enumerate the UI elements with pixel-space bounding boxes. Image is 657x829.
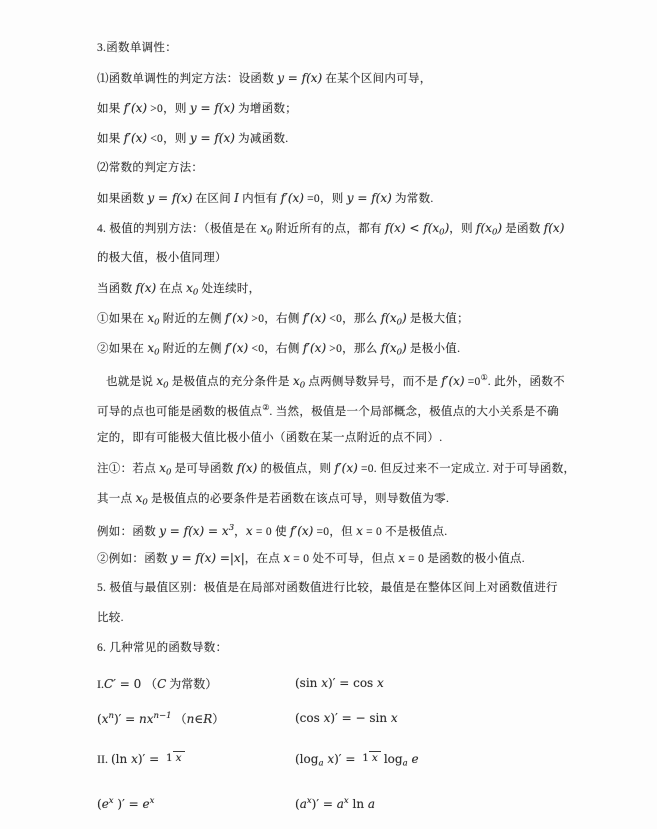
text-run: 的极值点，则 (257, 463, 334, 475)
math-italic-run: f(x) (544, 221, 565, 235)
math-italic-run: C (157, 677, 166, 691)
text-run: 是极小值. (407, 343, 461, 355)
text-run: =0，但 (313, 526, 356, 538)
text-run: ②例如：函数 (97, 553, 171, 565)
text-run: 附近的左侧 (160, 343, 225, 355)
superscript: x (150, 796, 155, 806)
text-line: 6. 几种常见的函数导数： (97, 633, 657, 663)
text-run: 附近所有的点，都有 (272, 223, 385, 235)
note-superscript: ① (481, 373, 488, 382)
text-run: >0，右侧 (248, 313, 303, 325)
text-run: 为减函数. (235, 133, 289, 145)
math-italic-run: x (293, 374, 300, 388)
math-roman-run: )′ = (114, 797, 143, 811)
math-roman-run: = 0 (116, 677, 145, 691)
formula-left: (xn)′ = nxn−1 （n∈R） (97, 710, 295, 727)
text-run: ①如果在 (97, 313, 147, 325)
fraction-numerator: 1 (166, 752, 173, 764)
text-line: 比较. (97, 603, 657, 633)
math-roman-run: (sin (295, 676, 321, 690)
math-italic-run: x (377, 676, 384, 690)
text-run: ，在点 (245, 553, 284, 565)
subscript: a (403, 758, 408, 768)
formula-left: I.C′ = 0 （C 为常数） (97, 675, 295, 692)
math-italic-run: y = f(x) (147, 191, 192, 205)
formula-row: II. (ln x)′ = 1x(loga x)′ = 1xloga e (97, 736, 657, 784)
math-italic-run: f′(x) (124, 101, 147, 115)
math-italic-run: y = f(x) (347, 191, 392, 205)
math-italic-run: f(x (381, 311, 397, 325)
math-italic-run: y = f(x) =|x| (171, 551, 245, 565)
math-italic-run: x (186, 281, 193, 295)
math-italic-run: x (131, 753, 138, 767)
text-line: 其一点 x0 是极值点的必要条件是若函数在该点可导，则导数值为零. (97, 483, 657, 513)
math-roman-run: )′ = (312, 797, 337, 811)
math-italic-run: C′ (104, 677, 116, 691)
fraction-denominator: x (173, 751, 185, 764)
math-italic-run: nx (139, 712, 154, 726)
text-run: 是函数 (502, 223, 544, 235)
text-line: ⑵常数的判定方法： (97, 153, 657, 183)
text-run: ②如果在 (97, 343, 147, 355)
text-run: . 当然，极值是一个局部概念，极值点的大小关系是不确 (269, 406, 559, 418)
math-italic-run: f′(x) (303, 341, 326, 355)
text-run: 注①：若点 (97, 463, 159, 475)
text-run: = 0 是函数的极小值点. (405, 553, 525, 565)
text-run: ，则 (449, 223, 476, 235)
formula-left: (ex )′ = ex (97, 796, 295, 811)
text-run: 是极大值； (407, 313, 469, 325)
math-roman-run: )′ = (334, 752, 359, 766)
text-line: 5. 极值与最值区别：极值是在局部对函数值进行比较，最值是在整体区间上对函数值进… (97, 573, 657, 603)
text-run: =0 (465, 376, 481, 388)
math-roman-run: (ln (111, 753, 131, 767)
text-line: 如果 f′(x) >0，则 y = f(x) 为增函数； (97, 93, 657, 123)
math-roman-run: (cos (295, 711, 324, 725)
text-run: ） (212, 712, 224, 726)
math-italic-run: f′(x) (225, 341, 248, 355)
text-run: 在区间 (192, 193, 234, 205)
text-line: 的极大值，极小值同理） (97, 243, 657, 273)
text-run: 内恒有 (239, 193, 281, 205)
math-italic-run: y = f(x) = x (159, 524, 229, 538)
text-run: 比较. (97, 612, 124, 624)
text-run: ， (234, 526, 246, 538)
text-line: 如果 f′(x) <0，则 y = f(x) 为减函数. (97, 123, 657, 153)
text-run: >0，那么 (326, 343, 381, 355)
document-body: 3.函数单调性：⑴函数单调性的判定方法：设函数 y = f(x) 在某个区间内可… (0, 0, 657, 822)
text-line: 3.函数单调性： (97, 33, 657, 63)
math-roman-run: )′ = (114, 712, 139, 726)
math-italic-run: x (398, 551, 405, 565)
text-run: =0. 但反过来不一定成立. 对于可导函数， (358, 463, 576, 475)
text-line: ②如果在 x0 附近的左侧 f′(x) <0，右侧 f′(x) >0，那么 f(… (97, 333, 657, 363)
subscript: a (318, 758, 323, 768)
formula-right: (loga x)′ = 1xloga e (295, 752, 419, 769)
text-run: 的极大值，极小值同理） (97, 252, 227, 264)
text-run: （ (145, 677, 157, 691)
text-run: 6. 几种常见的函数导数： (97, 642, 227, 654)
text-run: 例如：函数 (97, 526, 159, 538)
text-run: . 此外，函数不 (488, 376, 565, 388)
math-roman-run: (log (295, 752, 318, 766)
math-italic-run: f′(x) (124, 131, 147, 145)
text-run: = 0 使 (253, 526, 290, 538)
math-italic-run: f′(x) (303, 311, 326, 325)
math-italic-run: x (356, 524, 363, 538)
math-italic-run: f(x) < f(x (385, 221, 439, 235)
math-roman-run: log (384, 752, 403, 766)
text-run: 定的，即有可能极大值比极小值小（函数在某一点附近的点不同）. (97, 432, 442, 444)
text-lines-container: 3.函数单调性：⑴函数单调性的判定方法：设函数 y = f(x) 在某个区间内可… (97, 33, 657, 663)
text-line: 当函数 f(x) 在点 x0 处连续时， (97, 273, 657, 303)
text-run: =0，则 (304, 193, 347, 205)
math-italic-run: e (411, 752, 418, 766)
math-italic-run: f(x) (237, 461, 258, 475)
formula-row: (xn)′ = nxn−1 （n∈R）(cos x)′ = − sin x (97, 700, 657, 736)
text-run: 5. 极值与最值区别：极值是在局部对函数值进行比较，最值是在整体区间上对函数值进… (97, 582, 558, 594)
math-roman-run: )′ = cos (328, 676, 377, 690)
formula-right: (sin x)′ = cos x (295, 676, 384, 690)
text-run: 3.函数单调性： (97, 42, 177, 54)
text-run: 为常数. (392, 193, 434, 205)
text-run: >0，则 (147, 103, 190, 115)
math-italic-run: e (143, 797, 150, 811)
text-run: 如果 (97, 133, 124, 145)
math-italic-run: f(x (381, 341, 397, 355)
text-run: 也就是说 (106, 376, 156, 388)
text-run: 如果 (97, 103, 124, 115)
formula-right: (cos x)′ = − sin x (295, 711, 398, 725)
text-run: 附近的左侧 (160, 313, 225, 325)
math-italic-run: y = f(x) (277, 71, 322, 85)
text-run: 是可导函数 (171, 463, 236, 475)
text-line: ①如果在 x0 附近的左侧 f′(x) >0，右侧 f′(x) <0，那么 f(… (97, 303, 657, 333)
text-line: 可导的点也可能是函数的极值点②. 当然，极值是一个局部概念，极值点的大小关系是不… (97, 393, 657, 423)
text-run: 当函数 (97, 283, 136, 295)
text-run: 点两侧导数异号，而不是 (305, 376, 441, 388)
superscript: n−1 (154, 711, 172, 721)
math-italic-run: f′(x) (290, 524, 313, 538)
formula-left: II. (ln x)′ = 1x (97, 752, 295, 767)
text-run: = 0 不是极值点. (363, 526, 448, 538)
text-run: （ (172, 712, 187, 726)
math-italic-run: e (102, 797, 109, 811)
math-italic-run: x (246, 524, 253, 538)
math-italic-run: x (260, 221, 267, 235)
math-italic-run: f(x (476, 221, 492, 235)
text-run: ⑴函数单调性的判定方法：设函数 (97, 73, 277, 85)
text-line: ⑴函数单调性的判定方法：设函数 y = f(x) 在某个区间内可导， (97, 63, 657, 93)
math-italic-run: f′(x) (441, 374, 464, 388)
text-run: 为增函数； (235, 103, 297, 115)
math-roman-run: ∈ (194, 712, 203, 726)
text-line: 4. 极值的判别方法：（极值是在 x0 附近所有的点，都有 f(x) < f(x… (97, 213, 657, 243)
text-run: 是极值点的必要条件是若函数在该点可导，则导数值为零. (148, 493, 449, 505)
text-run: <0，那么 (326, 313, 381, 325)
text-run: 处连续时， (198, 283, 260, 295)
math-italic-run: f′(x) (334, 461, 357, 475)
text-run: 4. 极值的判别方法：（极值是在 (97, 223, 260, 235)
formula-right: (ax)′ = ax ln a (295, 796, 375, 811)
fraction: 1x (362, 752, 381, 764)
text-line: 如果函数 y = f(x) 在区间 I 内恒有 f′(x) =0，则 y = f… (97, 183, 657, 213)
text-run: 在点 (156, 283, 186, 295)
fraction-numerator: 1 (362, 752, 369, 764)
math-italic-run: f′(x) (225, 311, 248, 325)
text-line: 注①：若点 x0 是可导函数 f(x) 的极值点，则 f′(x) =0. 但反过… (97, 453, 657, 483)
text-run: 在某个区间内可导， (322, 73, 431, 85)
text-run: 为常数） (166, 677, 217, 691)
math-italic-run: R (203, 712, 212, 726)
text-run: 是极值点的充分条件是 (169, 376, 293, 388)
text-run: I. (97, 677, 104, 691)
document-page: 3.函数单调性：⑴函数单调性的判定方法：设函数 y = f(x) 在某个区间内可… (0, 0, 657, 829)
math-italic-run: x (321, 676, 328, 690)
math-roman-run: )′ = (138, 753, 163, 767)
text-run: = 0 处不可导，但点 (290, 553, 398, 565)
text-run: 如果函数 (97, 193, 147, 205)
math-italic-run: y = f(x) (190, 131, 235, 145)
text-line: 也就是说 x0 是极值点的充分条件是 x0 点两侧导数异号，而不是 f′(x) … (97, 363, 657, 393)
math-italic-run: x (159, 461, 166, 475)
math-roman-run: ln (349, 797, 368, 811)
derivative-formula-table: I.C′ = 0 （C 为常数）(sin x)′ = cos x(xn)′ = … (97, 663, 657, 822)
text-line: 定的，即有可能极大值比极小值小（函数在某一点附近的点不同）. (97, 423, 657, 453)
fraction: 1x (166, 752, 185, 764)
formula-row: (ex )′ = ex(ax)′ = ax ln a (97, 784, 657, 822)
text-line: ②例如：函数 y = f(x) =|x|，在点 x = 0 处不可导，但点 x … (97, 543, 657, 573)
fraction-denominator: x (369, 751, 381, 764)
math-italic-run: f′(x) (281, 191, 304, 205)
math-italic-run: y = f(x) (190, 101, 235, 115)
text-run: 可导的点也可能是函数的极值点 (97, 406, 262, 418)
text-run: 其一点 (97, 493, 136, 505)
text-run: ⑵常数的判定方法： (97, 162, 203, 174)
math-italic-run: f(x) (136, 281, 157, 295)
text-line: 例如：函数 y = f(x) = x3，x = 0 使 f′(x) =0，但 x… (97, 513, 657, 543)
math-italic-run: x (391, 711, 398, 725)
math-italic-run: a (337, 797, 344, 811)
math-italic-run: a (300, 797, 307, 811)
math-roman-run: )′ = − sin (330, 711, 391, 725)
math-italic-run: a (368, 797, 375, 811)
text-run: <0，右侧 (248, 343, 303, 355)
text-run: II. (97, 753, 111, 767)
formula-row: I.C′ = 0 （C 为常数）(sin x)′ = cos x (97, 666, 657, 700)
text-run: <0，则 (147, 133, 190, 145)
